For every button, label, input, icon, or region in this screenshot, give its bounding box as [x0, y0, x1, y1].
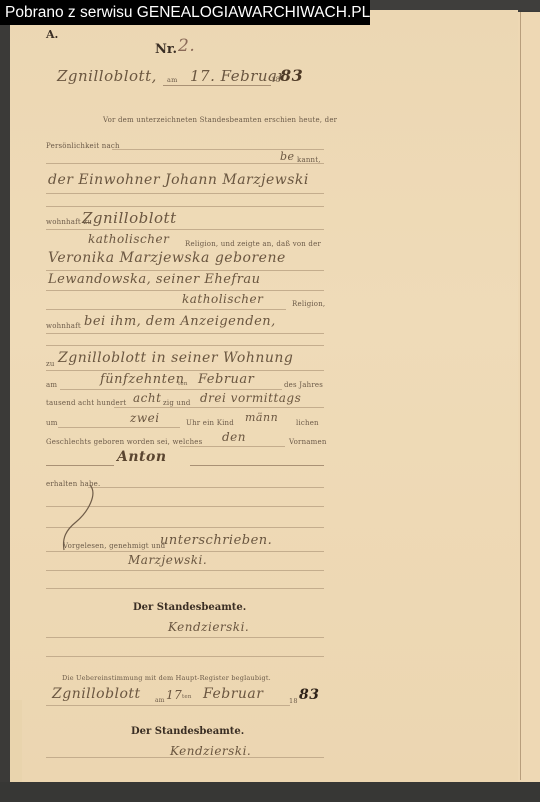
sex-hand: männ	[245, 411, 278, 424]
rule	[46, 163, 324, 164]
time-value: zwei	[130, 411, 160, 425]
personal-label: Persönlichkeit nach	[46, 142, 120, 150]
rule	[46, 551, 324, 552]
place-value: Zgnilloblott,	[57, 67, 157, 85]
mother-residence-value: bei ihm, dem Anzeigenden,	[84, 314, 276, 329]
rule	[46, 206, 324, 207]
cert-month: Februar	[203, 686, 263, 702]
number-label: Nr.	[155, 42, 177, 57]
religion-hand: katholischer	[88, 232, 169, 246]
religion-print: Religion, und zeigte an, daß von der	[185, 240, 321, 248]
sex-print: lichen	[296, 419, 319, 427]
given-name-label: Vornamen	[289, 438, 327, 446]
birth-place-label: zu	[46, 360, 55, 368]
time-print: Uhr ein Kind	[186, 419, 234, 427]
known-hand: be	[280, 150, 295, 163]
year-prefix: 18	[271, 76, 280, 84]
official-title: Der Standesbeamte.	[133, 602, 246, 613]
number-value: 2.	[178, 36, 195, 56]
rule	[180, 446, 285, 447]
rule	[46, 193, 324, 194]
birth-day-label: am	[46, 381, 57, 389]
known-print: kannt,	[297, 156, 321, 164]
mother-name: Veronika Marzjewska geborene	[48, 250, 286, 266]
time-label: um	[46, 419, 58, 427]
rule	[46, 570, 324, 571]
rule	[46, 465, 114, 466]
cert-day: 17	[166, 688, 182, 702]
rule	[46, 370, 324, 371]
rule	[60, 389, 282, 390]
rule	[46, 637, 324, 638]
adjacent-page-edge	[518, 12, 540, 784]
year-decade-print: zig und	[163, 399, 191, 407]
intro-line: Vor dem unterzeichneten Standesbeamten e…	[103, 116, 337, 124]
rule	[114, 407, 324, 408]
rule	[46, 656, 324, 657]
cert-date-prefix: am	[155, 697, 165, 704]
given-name-value: Anton	[117, 449, 167, 465]
rule	[46, 588, 324, 589]
rule	[46, 309, 286, 310]
rule	[46, 333, 324, 334]
series-letter: A.	[46, 28, 58, 41]
watermark-banner: Pobrano z serwisu GENEALOGIAWARCHIWACH.P…	[0, 0, 370, 25]
official-signature: Kendzierski.	[168, 620, 249, 634]
read-hand: unterschrieben.	[160, 533, 272, 548]
page-fold-line	[520, 12, 521, 780]
birth-month-value: Februar	[198, 372, 254, 387]
certification-text: Die Uebereinstimmung mit dem Haupt-Regis…	[62, 674, 271, 682]
informant-signature: Marzjewski.	[128, 553, 207, 567]
birth-day-value: fünfzehnten	[100, 372, 184, 387]
rule	[58, 427, 180, 428]
rule	[190, 465, 324, 466]
page-corner	[10, 700, 22, 792]
gender-hand: den	[222, 430, 246, 444]
year-unit-hand: drei vormittags	[200, 391, 301, 405]
mother-religion-hand: katholischer	[182, 292, 263, 306]
read-label: Vorgelesen, genehmigt und	[63, 542, 165, 550]
birth-month-prefix: ten	[178, 381, 188, 387]
scan-background-bottom	[0, 782, 540, 802]
informant-name: der Einwohner Johann Marzjewski	[48, 172, 309, 188]
cert-year-prefix: 18	[289, 697, 298, 705]
rule	[46, 345, 324, 346]
rule	[46, 290, 324, 291]
year-decade-hand: acht	[133, 391, 161, 405]
date-underline	[163, 85, 271, 86]
rule	[88, 487, 324, 488]
date-prefix: am	[167, 76, 177, 84]
cert-place: Zgnilloblott	[52, 686, 141, 702]
mother-maiden: Lewandowska, seiner Ehefrau	[48, 272, 261, 287]
cert-official-title: Der Standesbeamte.	[131, 726, 244, 737]
gender-label: Geschlechts geboren worden sei, welches	[46, 438, 202, 446]
mother-residence-label: wohnhaft	[46, 322, 81, 330]
birth-place-value: Zgnilloblott in seiner Wohnung	[58, 350, 293, 366]
rule	[46, 270, 324, 271]
rule	[46, 757, 324, 758]
residence-value: Zgnilloblott	[82, 209, 177, 227]
rule	[46, 229, 324, 230]
birth-year-label: des Jahres	[284, 381, 323, 389]
cert-official-signature: Kendzierski.	[170, 744, 251, 758]
year-suffix: 83	[280, 66, 303, 85]
cert-year-suffix: 83	[299, 687, 319, 703]
cert-day-suffix: ten	[182, 694, 192, 700]
rule	[46, 705, 290, 706]
mother-religion-print: Religion,	[292, 300, 325, 308]
thousand-label: tausend acht hundert	[46, 399, 126, 407]
